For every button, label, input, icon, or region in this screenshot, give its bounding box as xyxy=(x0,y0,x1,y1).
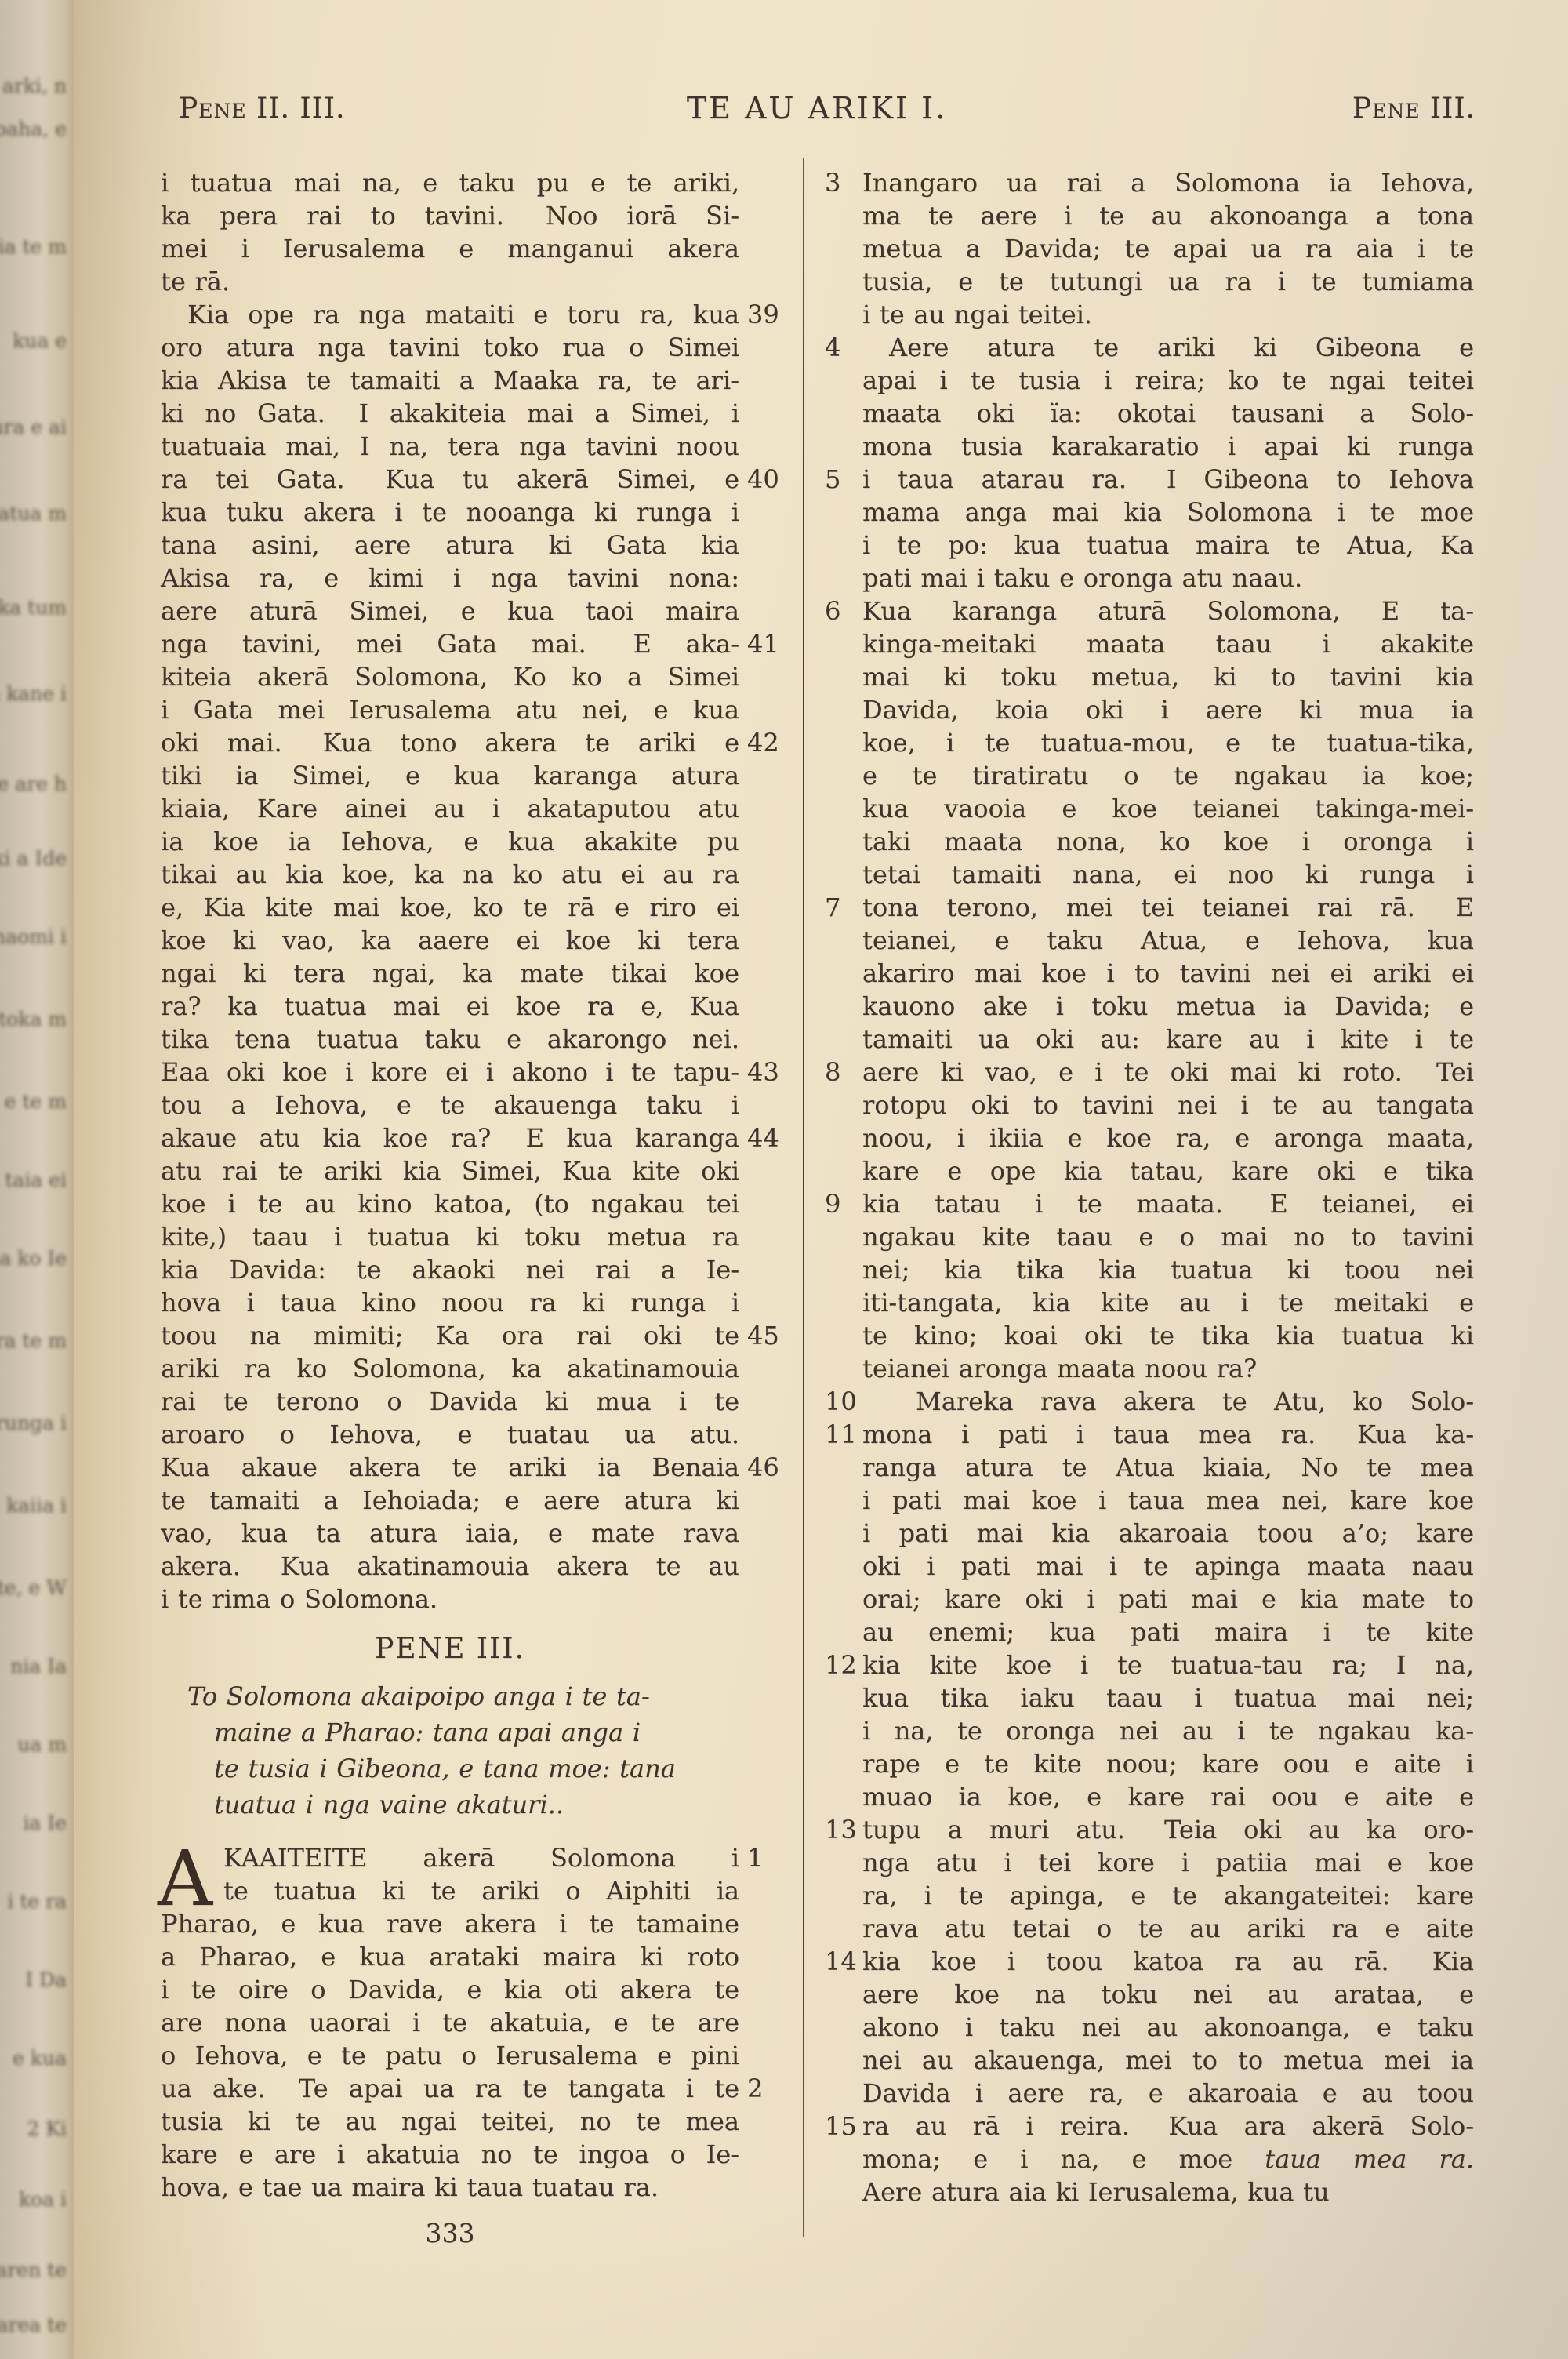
line-text: tetai tamaiti nana, ei noo ki runga i xyxy=(862,860,1474,889)
header-book-title: TE AU ARIKI I. xyxy=(33,91,1568,125)
text-line: i te oire o Davida, e kia oti akera te xyxy=(161,1973,739,2006)
text-line: oro atura nga tavini toko rua o Simei xyxy=(161,331,739,364)
line-text: kua tika iaku taau i tuatua mai nei; xyxy=(862,1683,1474,1713)
line-text: Eaa oki koe i kore ei i akono i te tapu- xyxy=(161,1057,739,1087)
line-text: maata oki ïa: okotai tausani a Solo- xyxy=(862,398,1474,428)
line-text: e, Kia kite mai koe, ko te rā e riro ei xyxy=(161,892,739,922)
line-text: te rā. xyxy=(161,267,230,296)
text-line: mona tusia karakaratio i apai ki runga xyxy=(862,430,1474,463)
line-text: kua vaooia e koe teianei takinga-mei- xyxy=(862,794,1474,823)
text-line: kite,) taau i tuatua ki toku metua ra xyxy=(161,1220,739,1253)
line-text: akera. Kua akatinamouia akera te au xyxy=(161,1551,739,1581)
line-text: i tuatua mai na, e taku pu e te ariki, xyxy=(161,168,739,198)
chapter-intro-line: To Solomona akaipoipo anga i te ta- xyxy=(161,1678,739,1714)
line-text: tiki ia Simei, e kua karanga atura xyxy=(161,761,739,791)
text-line: nei au akauenga, mei to to metua mei ia xyxy=(862,2044,1474,2077)
text-line: koe, i te tuatua-mou, e te tuatua-tika, xyxy=(862,726,1474,759)
facing-page-text-fragment: tuatua m xyxy=(0,502,67,525)
text-line: 46Kua akaue akera te ariki ia Benaia xyxy=(161,1451,739,1484)
facing-page-text-fragment: ia te m xyxy=(0,235,67,259)
text-line: 1KAAITEITE akerā Solomona i xyxy=(161,1841,739,1874)
line-text: tona terono, mei tei teianei rai rā. E xyxy=(862,892,1474,922)
verse-number: 42 xyxy=(747,726,804,759)
text-line: te kino; koai oki te tika kia tuatua ki xyxy=(862,1319,1474,1352)
line-text: ariki ra ko Solomona, ka akatinamouia xyxy=(161,1354,739,1383)
text-line: 11mona i pati i taua mea ra. Kua ka- xyxy=(862,1418,1474,1451)
verse-number: 1 xyxy=(747,1841,804,1874)
facing-page-text-fragment: i te ra xyxy=(0,1890,67,1914)
verse-number: 43 xyxy=(747,1056,804,1089)
facing-page-text-fragment: e te are h xyxy=(0,772,67,796)
text-line: 41nga tavini, mei Gata mai. E aka- xyxy=(161,627,739,660)
line-text: koe, i te tuatua-mou, e te tuatua-tika, xyxy=(862,728,1474,758)
verse-number: 11 xyxy=(825,1418,855,1451)
line-text: kiteia akerā Solomona, Ko ko a Simei xyxy=(161,662,739,692)
text-line: tiki ia Simei, e kua karanga atura xyxy=(161,759,739,792)
text-line: aere koe na toku nei au arataa, e xyxy=(862,1978,1474,2011)
text-line: maata oki ïa: okotai tausani a Solo- xyxy=(862,397,1474,430)
facing-page-text-fragment: area te xyxy=(0,2314,67,2337)
line-text: tupu a muri atu. Teia oki au ka oro- xyxy=(862,1815,1474,1845)
line-text: tusia ki te au ngai teitei, no te mea xyxy=(161,2106,739,2136)
line-text: kia tatau i te maata. E teianei, ei xyxy=(862,1189,1474,1219)
text-line: aere aturā Simei, e kua taoi maira xyxy=(161,594,739,627)
verse-number: 41 xyxy=(747,627,804,660)
chapter-intro-line: maine a Pharao: tana apai anga i xyxy=(161,1714,739,1750)
text-line: tetai tamaiti nana, ei noo ki runga i xyxy=(862,858,1474,891)
text-line: nga atu i tei kore i patiia mai e koe xyxy=(862,1846,1474,1879)
line-text: rotopu oki to tavini nei i te au tangata xyxy=(862,1090,1474,1120)
text-line: o Iehova, e te patu o Ierusalema e pini xyxy=(161,2039,739,2072)
text-line: i te rima o Solomona. xyxy=(161,1583,739,1616)
text-line: ka pera rai to tavini. Noo iorā Si- xyxy=(161,199,739,232)
line-text: mama anga mai kia Solomona i te moe xyxy=(862,497,1474,527)
text-line: 40ra tei Gata. Kua tu akerā Simei, e xyxy=(161,463,739,496)
text-line: aroaro o Iehova, e tuatau ua atu. xyxy=(161,1418,739,1451)
text-line: teianei aronga maata noou ra? xyxy=(862,1352,1474,1385)
line-text: muao ia koe, e kare rai oou e aite e xyxy=(862,1782,1474,1812)
text-line: ranga atura te Atua kiaia, No te mea xyxy=(862,1451,1474,1484)
text-line: oki i pati mai i te apinga maata naau xyxy=(862,1550,1474,1583)
text-line: 7tona terono, mei tei teianei rai rā. E xyxy=(862,891,1474,924)
line-text: o Iehova, e te patu o Ierusalema e pini xyxy=(161,2041,739,2070)
text-line: mona; e i na, e moe taua mea ra. xyxy=(862,2143,1474,2175)
line-text: ka pera rai to tavini. Noo iorā Si- xyxy=(161,201,739,231)
text-line: au enemi; kua pati maira i te kite xyxy=(862,1616,1474,1648)
line-text: nga atu i tei kore i patiia mai e koe xyxy=(862,1848,1474,1877)
text-line: tusia, e te tutungi ua ra i te tumiama xyxy=(862,265,1474,298)
text-line: e, Kia kite mai koe, ko te rā e riro ei xyxy=(161,891,739,924)
line-text: vao, kua ta atura iaia, e mate rava xyxy=(161,1518,739,1548)
text-line: 5i taua atarau ra. I Gibeona to Iehova xyxy=(862,463,1474,496)
text-line: te tamaiti a Iehoiada; e aere atura ki xyxy=(161,1484,739,1517)
text-line: kiteia akerā Solomona, Ko ko a Simei xyxy=(161,660,739,693)
text-line: akera. Kua akatinamouia akera te au xyxy=(161,1550,739,1583)
line-text: Akisa ra, e kimi i nga tavini nona: xyxy=(161,563,739,593)
line-text: nei; kia tika kia tuatua ki toou nei xyxy=(862,1255,1474,1285)
line-text: Kua karanga aturā Solomona, E ta- xyxy=(862,596,1474,626)
text-line: taki maata nona, ko koe i oronga i xyxy=(862,825,1474,858)
line-text: ra tei Gata. Kua tu akerā Simei, e xyxy=(161,464,739,494)
text-line: nei; kia tika kia tuatua ki toou nei xyxy=(862,1253,1474,1286)
facing-page-text-fragment: koa i xyxy=(0,2188,67,2212)
text-line: te rā. xyxy=(161,265,739,298)
line-text: tou a Iehova, e te akauenga taku i xyxy=(161,1090,739,1120)
facing-page-text-fragment: te, e W xyxy=(0,1576,67,1600)
verse-number: 45 xyxy=(747,1319,804,1352)
line-text: KAAITEITE akerā Solomona i xyxy=(223,1843,739,1873)
facing-page-text-fragment: aren te xyxy=(0,2259,67,2282)
line-text: te tuatua ki te ariki o Aiphiti ia xyxy=(223,1876,739,1906)
line-text: kare e ope kia tatau, kare oki e tika xyxy=(862,1156,1474,1186)
verse-number: 13 xyxy=(825,1813,855,1846)
line-text: oki i pati mai i te apinga maata naau xyxy=(862,1551,1474,1581)
text-line: hova i taua kino noou ra ki runga i xyxy=(161,1286,739,1319)
line-text: Kua akaue akera te ariki ia Benaia xyxy=(161,1452,739,1482)
verse-number: 39 xyxy=(747,298,804,331)
line-text: kite,) taau i tuatua ki toku metua ra xyxy=(161,1222,739,1252)
text-line: 12kia kite koe i te tuatua-tau ra; I na, xyxy=(862,1648,1474,1681)
text-line: tou a Iehova, e te akauenga taku i xyxy=(161,1089,739,1121)
facing-page-text-fragment: ia Ie xyxy=(0,1812,67,1835)
line-text: Mareka rava akera te Atu, ko Solo- xyxy=(916,1387,1474,1416)
facing-page-text-fragment: e kua xyxy=(0,2047,67,2070)
facing-page-text-fragment: kua e xyxy=(0,329,67,353)
text-line: akono i taku nei au akonoanga, e taku xyxy=(862,2011,1474,2044)
text-line: ia koe ia Iehova, e kua akakite pu xyxy=(161,825,739,858)
text-line: i te au ngai teitei. xyxy=(862,298,1474,331)
line-text: teianei aronga maata noou ra? xyxy=(862,1354,1257,1383)
text-line: kia Davida: te akaoki nei rai a Ie- xyxy=(161,1253,739,1286)
text-line: vao, kua ta atura iaia, e mate rava xyxy=(161,1517,739,1550)
line-text: mona; e i na, e moe xyxy=(862,2144,1265,2174)
text-line: akariro mai koe i to tavini nei ei ariki… xyxy=(862,957,1474,990)
line-text: Aere atura aia ki Ierusalema, kua tu xyxy=(862,2177,1330,2207)
line-text: i te rima o Solomona. xyxy=(161,1584,437,1614)
line-text: iti-tangata, kia kite au i te meitaki e xyxy=(862,1288,1474,1318)
facing-page-text-fragment: na ko Ie xyxy=(0,1247,67,1270)
facing-page-text-fragment: nia Ia xyxy=(0,1655,67,1678)
line-text: akaue atu kia koe ra? E kua karanga xyxy=(161,1123,739,1153)
text-line: 4Aere atura te ariki ki Gibeona e xyxy=(862,331,1474,364)
line-text: Davida i aere ra, e akaroaia e au toou xyxy=(862,2078,1474,2108)
line-text: ra, i te apinga, e te akangateitei: kare xyxy=(862,1881,1474,1910)
line-text: ma te aere i te au akonoanga a tona xyxy=(862,201,1474,231)
text-line: i tuatua mai na, e taku pu e te ariki, xyxy=(161,166,739,199)
text-line: iti-tangata, kia kite au i te meitaki e xyxy=(862,1286,1474,1319)
line-text: are nona uaorai i te akatuia, e te are xyxy=(161,2008,739,2037)
line-text: e te tiratiratu o te ngakau ia koe; xyxy=(862,761,1474,791)
line-text: ra au rā i reira. Kua ara akerā Solo- xyxy=(862,2111,1474,2141)
page-number: 333 xyxy=(161,2216,739,2251)
line-text: aere koe na toku nei au arataa, e xyxy=(862,1979,1474,2009)
text-line: 2ua ake. Te apai ua ra te tangata i te xyxy=(161,2072,739,2105)
text-line: 14kia koe i toou katoa ra au rā. Kia xyxy=(862,1945,1474,1978)
chapter-heading: PENE III. xyxy=(161,1630,739,1669)
text-line: ngai ki tera ngai, ka mate tikai koe xyxy=(161,957,739,990)
text-line: rotopu oki to tavini nei i te au tangata xyxy=(862,1089,1474,1121)
facing-page-text-fragment: I Da xyxy=(0,1968,67,1992)
line-text: i te au ngai teitei. xyxy=(862,300,1092,329)
facing-page-text-fragment: era te m xyxy=(0,1329,67,1353)
text-line: i na, te oronga nei au i te ngakau ka- xyxy=(862,1714,1474,1747)
line-text: apai i te tusia i reira; ko te ngai teit… xyxy=(862,365,1474,395)
text-line: are nona uaorai i te akatuia, e te are xyxy=(161,2006,739,2039)
text-line: ariki ra ko Solomona, ka akatinamouia xyxy=(161,1352,739,1385)
facing-page-text-fragment: ra kane i xyxy=(0,682,67,706)
text-line: rape e te kite noou; kare oou e aite i xyxy=(862,1747,1474,1780)
text-line: i te po: kua tuatua maira te Atua, Ka xyxy=(862,529,1474,562)
text-line: 42oki mai. Kua tono akera te ariki e xyxy=(161,726,739,759)
text-line: muao ia koe, e kare rai oou e aite e xyxy=(862,1780,1474,1813)
text-line: Davida i aere ra, e akaroaia e au toou xyxy=(862,2077,1474,2110)
line-text: toou na mimiti; Ka ora rai oki te xyxy=(161,1321,739,1350)
line-text: teianei, e taku Atua, e Iehova, kua xyxy=(862,925,1474,955)
text-line: 39Kia ope ra nga mataiti e toru ra, kua xyxy=(161,298,739,331)
text-line: i Gata mei Ierusalema atu nei, e kua xyxy=(161,693,739,726)
text-line: koe ki vao, ka aaere ei koe ki tera xyxy=(161,924,739,957)
line-text: hova, e tae ua maira ki taua tuatau ra. xyxy=(161,2172,659,2202)
line-text: Aere atura te ariki ki Gibeona e xyxy=(889,333,1474,362)
text-line: tikai au kia koe, ka na ko atu ei au ra xyxy=(161,858,739,891)
chapter-opening-paragraph: A 1KAAITEITE akerā Solomona ite tuatua k… xyxy=(161,1841,739,2204)
line-text: tana asini, aere atura ki Gata kia xyxy=(161,530,739,560)
line-text: Kia ope ra nga mataiti e toru ra, kua xyxy=(187,300,739,329)
line-text: i Gata mei Ierusalema atu nei, e kua xyxy=(161,695,739,725)
facing-page-edge: arki, nIoaha, eia te mkua eatura e aitua… xyxy=(0,0,74,2359)
verse-number: 5 xyxy=(825,463,855,496)
line-text: oro atura nga tavini toko rua o Simei xyxy=(161,333,739,362)
line-text: koe ki vao, ka aaere ei koe ki tera xyxy=(161,925,739,955)
text-line: ra? ka tuatua mai ei koe ra e, Kua xyxy=(161,990,739,1023)
text-line: tusia ki te au ngai teitei, no te mea xyxy=(161,2105,739,2138)
text-line: 9kia tatau i te maata. E teianei, ei xyxy=(862,1187,1474,1220)
facing-page-text-fragment: ua e te m xyxy=(0,1090,67,1114)
text-line: kare e ope kia tatau, kare oki e tika xyxy=(862,1154,1474,1187)
line-text: tusia, e te tutungi ua ra i te tumiama xyxy=(862,267,1474,296)
facing-page-text-fragment: runga i xyxy=(0,1412,67,1435)
text-line: i pati mai koe i taua mea nei, kare koe xyxy=(862,1484,1474,1517)
text-line: orai; kare oki i pati mai e kia mate to xyxy=(862,1583,1474,1616)
verse-number: 7 xyxy=(825,891,855,924)
verse-number: 6 xyxy=(825,594,855,627)
line-text: i te oire o Davida, e kia oti akera te xyxy=(161,1975,739,2005)
text-line: kauono ake i toku metua ia Davida; e xyxy=(862,990,1474,1023)
facing-page-text-fragment: 2 Ki xyxy=(0,2117,67,2141)
left-column: i tuatua mai na, e taku pu e te ariki,ka… xyxy=(161,166,739,2251)
line-text: aere ki vao, e i te oki mai ki roto. Tei xyxy=(862,1057,1474,1087)
text-line: ki no Gata. I akakiteia mai a Simei, i xyxy=(161,397,739,430)
line-text: kia kite koe i te tuatua-tau ra; I na, xyxy=(862,1650,1474,1680)
text-line: i pati mai kia akaroaia toou a’o; kare xyxy=(862,1517,1474,1550)
facing-page-text-fragment: kaiia i xyxy=(0,1494,67,1518)
text-line: Akisa ra, e kimi i nga tavini nona: xyxy=(161,562,739,594)
text-line: mama anga mai kia Solomona i te moe xyxy=(862,496,1474,529)
verse-number: 14 xyxy=(825,1945,855,1978)
chapter-intro-line: tuatua i nga vaine akaturi.. xyxy=(161,1787,739,1823)
verse-number: 2 xyxy=(747,2072,804,2105)
line-text: a Pharao, e kua arataki maira ki roto xyxy=(161,1942,739,1972)
line-text: orai; kare oki i pati mai e kia mate to xyxy=(862,1584,1474,1614)
book-page-scan: arki, nIoaha, eia te mkua eatura e aitua… xyxy=(0,0,1568,2359)
text-line: 43Eaa oki koe i kore ei i akono i te tap… xyxy=(161,1056,739,1089)
header-right-chapter: Pene III. xyxy=(1352,93,1475,125)
running-header: Pene II. III. TE AU ARIKI I. Pene III. xyxy=(0,93,1568,140)
text-line: metua a Davida; te apai ua ra aia i te xyxy=(862,232,1474,265)
line-text: aere aturā Simei, e kua taoi maira xyxy=(161,596,739,626)
line-text: atu rai te ariki kia Simei, Kua kite oki xyxy=(161,1156,739,1186)
text-line: mei i Ierusalema e manganui akera xyxy=(161,232,739,265)
line-text: ua ake. Te apai ua ra te tangata i te xyxy=(161,2074,739,2103)
text-line: apai i te tusia i reira; ko te ngai teit… xyxy=(862,364,1474,397)
text-line: 15ra au rā i reira. Kua ara akerā Solo- xyxy=(862,2110,1474,2143)
line-text: koe i te au kino katoa, (to ngakau tei xyxy=(161,1189,739,1219)
text-line: e te tiratiratu o te ngakau ia koe; xyxy=(862,759,1474,792)
line-text: tuatuaia mai, I na, tera nga tavini noou xyxy=(161,431,739,461)
text-line: 6Kua karanga aturā Solomona, E ta- xyxy=(862,594,1474,627)
line-text: tikai au kia koe, ka na ko atu ei au ra xyxy=(161,860,739,889)
line-text: akono i taku nei au akonoanga, e taku xyxy=(862,2012,1474,2042)
line-text: ra? ka tuatua mai ei koe ra e, Kua xyxy=(161,991,739,1021)
line-text: rava atu tetai o te au ariki ra e aite xyxy=(862,1914,1474,1943)
line-text: nei au akauenga, mei to to metua mei ia xyxy=(862,2045,1474,2075)
text-line: ra, i te apinga, e te akangateitei: kare xyxy=(862,1879,1474,1912)
text-line: tuatuaia mai, I na, tera nga tavini noou xyxy=(161,430,739,463)
line-text: nga tavini, mei Gata mai. E aka- xyxy=(161,629,739,659)
line-text: ngai ki tera ngai, ka mate tikai koe xyxy=(161,958,739,988)
text-line: mai ki toku metua, ki to tavini kia xyxy=(862,660,1474,693)
text-line: kinga-meitaki maata taau i akakite xyxy=(862,627,1474,660)
text-line: kua vaooia e koe teianei takinga-mei- xyxy=(862,792,1474,825)
italic-phrase: taua mea ra. xyxy=(1265,2144,1474,2174)
line-text: te tamaiti a Iehoiada; e aere atura ki xyxy=(161,1485,739,1515)
line-text: kia Davida: te akaoki nei rai a Ie- xyxy=(161,1255,739,1285)
chapter-intro-line: te tusia i Gibeona, e tana moe: tana xyxy=(161,1750,739,1787)
line-text: i na, te oronga nei au i te ngakau ka- xyxy=(862,1716,1474,1746)
verse-number: 12 xyxy=(825,1648,855,1681)
text-line: rai te terono o Davida ki mua i te xyxy=(161,1385,739,1418)
facing-page-text-fragment: ua m xyxy=(0,1733,67,1757)
line-text: oki mai. Kua tono akera te ariki e xyxy=(161,728,739,758)
text-line: a Pharao, e kua arataki maira ki roto xyxy=(161,1940,739,1973)
line-text: Pharao, e kua rave akera i te tamaine xyxy=(161,1909,739,1939)
text-line: 10Mareka rava akera te Atu, ko Solo- xyxy=(862,1385,1474,1418)
text-line: 44akaue atu kia koe ra? E kua karanga xyxy=(161,1121,739,1154)
text-line: 3Inangaro ua rai a Solomona ia Iehova, xyxy=(862,166,1474,199)
verse-number: 44 xyxy=(747,1121,804,1154)
line-text: kare e are i akatuia no te ingoa o Ie- xyxy=(161,2139,739,2169)
line-text: i pati mai koe i taua mea nei, kare koe xyxy=(862,1485,1474,1515)
line-text: au enemi; kua pati maira i te kite xyxy=(862,1617,1474,1647)
line-text: noou, i ikiia e koe ra, e aronga maata, xyxy=(862,1123,1474,1153)
verse-number: 40 xyxy=(747,463,804,496)
line-text: i te po: kua tuatua maira te Atua, Ka xyxy=(862,530,1474,560)
facing-page-text-fragment: atura e ai xyxy=(0,416,67,439)
line-text: te kino; koai oki te tika kia tuatua ki xyxy=(862,1321,1474,1350)
text-line: kia Akisa te tamaiti a Maaka ra, te ari- xyxy=(161,364,739,397)
text-line: tika tena tuatua taku e akarongo nei. xyxy=(161,1023,739,1056)
facing-page-text-fragment: re ka tum xyxy=(0,596,67,620)
verse-number: 10 xyxy=(825,1385,855,1418)
text-line: kiaia, Kare ainei au i akataputou atu xyxy=(161,792,739,825)
line-text: mei i Ierusalema e manganui akera xyxy=(161,234,739,264)
line-text: mai ki toku metua, ki to tavini kia xyxy=(862,662,1474,692)
text-line: tamaiti ua oki au: kare au i kite i te xyxy=(862,1023,1474,1056)
text-line: hova, e tae ua maira ki taua tuatau ra. xyxy=(161,2171,739,2204)
line-text: kauono ake i toku metua ia Davida; e xyxy=(862,991,1474,1021)
text-line: atu rai te ariki kia Simei, Kua kite oki xyxy=(161,1154,739,1187)
line-text: pati mai i taku e oronga atu naau. xyxy=(862,563,1302,593)
text-line: Aere atura aia ki Ierusalema, kua tu xyxy=(862,2175,1474,2208)
text-line: tana asini, aere atura ki Gata kia xyxy=(161,529,739,562)
line-text: taki maata nona, ko koe i oronga i xyxy=(862,827,1474,856)
facing-page-text-fragment: ta toka m xyxy=(0,1008,67,1031)
text-line: 45toou na mimiti; Ka ora rai oki te xyxy=(161,1319,739,1352)
text-line: noou, i ikiia e koe ra, e aronga maata, xyxy=(862,1121,1474,1154)
right-column-text: 3Inangaro ua rai a Solomona ia Iehova,ma… xyxy=(862,166,1474,2208)
text-line: Davida, koia oki i aere ki mua ia xyxy=(862,693,1474,726)
line-text: kua tuku akera i te nooanga ki runga i xyxy=(161,497,739,527)
text-line: Pharao, e kua rave akera i te tamaine xyxy=(161,1907,739,1940)
line-text: ngakau kite taau e o mai no to tavini xyxy=(862,1222,1474,1252)
verse-number: 15 xyxy=(825,2110,855,2143)
line-text: aroaro o Iehova, e tuatau ua atu. xyxy=(161,1419,739,1449)
line-text: akariro mai koe i to tavini nei ei ariki… xyxy=(862,958,1474,988)
line-text: rai te terono o Davida ki mua i te xyxy=(161,1387,739,1416)
line-text: ki no Gata. I akakiteia mai a Simei, i xyxy=(161,398,739,428)
text-line: kua tika iaku taau i tuatua mai nei; xyxy=(862,1681,1474,1714)
text-line: ma te aere i te au akonoanga a tona xyxy=(862,199,1474,232)
line-text: tika tena tuatua taku e akarongo nei. xyxy=(161,1024,739,1054)
text-line: te tuatua ki te ariki o Aiphiti ia xyxy=(161,1874,739,1907)
left-column-text: i tuatua mai na, e taku pu e te ariki,ka… xyxy=(161,166,739,1616)
facing-page-text-fragment: ei taia ei xyxy=(0,1169,67,1192)
line-text: hova i taua kino noou ra ki runga i xyxy=(161,1288,739,1318)
line-text: kia Akisa te tamaiti a Maaka ra, te ari- xyxy=(161,365,739,395)
facing-page-text-fragment: na naomi i xyxy=(0,925,67,949)
line-text: Davida, koia oki i aere ki mua ia xyxy=(862,695,1474,725)
verse-number: 9 xyxy=(825,1187,855,1220)
text-line: kare e are i akatuia no te ingoa o Ie- xyxy=(161,2138,739,2171)
line-text: i pati mai kia akaroaia toou a’o; kare xyxy=(862,1518,1474,1548)
line-text: metua a Davida; te apai ua ra aia i te xyxy=(862,234,1474,264)
line-text: kiaia, Kare ainei au i akataputou atu xyxy=(161,794,739,823)
text-line: teianei, e taku Atua, e Iehova, kua xyxy=(862,924,1474,957)
line-text: mona tusia karakaratio i apai ki runga xyxy=(862,431,1474,461)
verse-number: 3 xyxy=(825,166,855,199)
line-text: rape e te kite noou; kare oou e aite i xyxy=(862,1749,1474,1779)
text-line: pati mai i taku e oronga atu naau. xyxy=(862,562,1474,594)
verse-number: 4 xyxy=(825,331,855,364)
text-line: kua tuku akera i te nooanga ki runga i xyxy=(161,496,739,529)
line-text: kia koe i toou katoa ra au rā. Kia xyxy=(862,1946,1474,1976)
line-text: i taua atarau ra. I Gibeona to Iehova xyxy=(862,464,1474,494)
chapter-intro-summary: To Solomona akaipoipo anga i te ta-maine… xyxy=(161,1678,739,1823)
verse-number: 46 xyxy=(747,1451,804,1484)
line-text: tamaiti ua oki au: kare au i kite i te xyxy=(862,1024,1474,1054)
line-text: mona i pati i taua mea ra. Kua ka- xyxy=(862,1419,1474,1449)
right-column: 3Inangaro ua rai a Solomona ia Iehova,ma… xyxy=(862,166,1474,2208)
line-text: Inangaro ua rai a Solomona ia Iehova, xyxy=(862,168,1474,198)
text-line: 8aere ki vao, e i te oki mai ki roto. Te… xyxy=(862,1056,1474,1089)
verse-number: 8 xyxy=(825,1056,855,1089)
facing-page-text-fragment: oki a Ide xyxy=(0,847,67,871)
line-text: kinga-meitaki maata taau i akakite xyxy=(862,629,1474,659)
line-text: ia koe ia Iehova, e kua akakite pu xyxy=(161,827,739,856)
line-text: ranga atura te Atua kiaia, No te mea xyxy=(862,1452,1474,1482)
text-line: koe i te au kino katoa, (to ngakau tei xyxy=(161,1187,739,1220)
text-line: 13tupu a muri atu. Teia oki au ka oro- xyxy=(862,1813,1474,1846)
